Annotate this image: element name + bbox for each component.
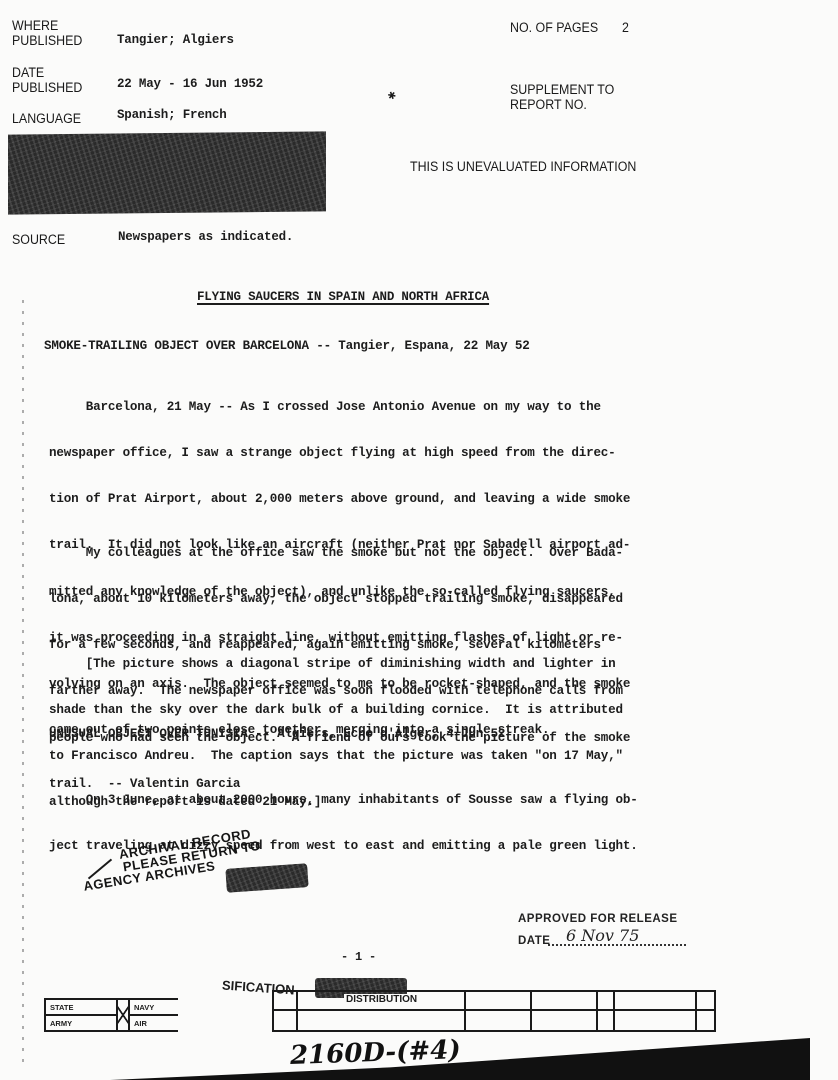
source-label: SOURCE [12, 232, 65, 247]
text-line: On 3 June, at about 2000 hours, many inh… [49, 793, 638, 808]
text-line: lona, about 10 kilometers away, the obje… [49, 592, 630, 607]
text-line: newspaper office, I saw a strange object… [49, 446, 630, 461]
label-line: REPORT NO. [510, 97, 614, 112]
stamp-redaction [225, 863, 308, 893]
language-label: LANGUAGE [12, 111, 81, 126]
routing-cell-state: STATE [45, 999, 117, 1015]
where-published-value: Tangier; Algiers [117, 33, 234, 47]
where-published-label: WHERE PUBLISHED [12, 18, 82, 48]
supplement-label: SUPPLEMENT TO REPORT NO. [510, 82, 614, 112]
text-line: shade than the sky over the dark bulk of… [49, 703, 623, 718]
language-value: Spanish; French [117, 108, 227, 122]
date-published-value: 22 May - 16 Jun 1952 [117, 77, 263, 91]
label-line: SUPPLEMENT TO [510, 82, 614, 97]
text-line: My colleagues at the office saw the smok… [49, 546, 630, 561]
no-of-pages-label: NO. OF PAGES [510, 20, 598, 35]
text-line: tion of Prat Airport, about 2,000 meters… [49, 492, 630, 507]
label-line: PUBLISHED [12, 33, 82, 48]
label-line: PUBLISHED [12, 80, 82, 95]
routing-cell-navy: NAVY [129, 999, 178, 1015]
redaction-block [8, 131, 326, 214]
section-heading-barcelona: SMOKE-TRAILING OBJECT OVER BARCELONA -- … [44, 339, 530, 353]
label-line: WHERE [12, 18, 82, 33]
distribution-grid: DISTRIBUTION [272, 990, 716, 1032]
routing-cell-army: ARMY [45, 1015, 117, 1031]
text-line: Barcelona, 21 May -- As I crossed Jose A… [49, 400, 630, 415]
distribution-label: DISTRIBUTION [344, 994, 419, 1005]
approved-for-release-stamp: APPROVED FOR RELEASE [518, 913, 678, 925]
release-date-label: DATE [518, 935, 550, 947]
routing-table: STATE NAVY ARMY AIR [44, 998, 178, 1032]
ink-mark: ✱ [386, 87, 398, 104]
document-title: FLYING SAUCERS IN SPAIN AND NORTH AFRICA [197, 290, 489, 304]
unevaluated-notice: THIS IS UNEVALUATED INFORMATION [410, 159, 636, 174]
text-line: [The picture shows a diagonal stripe of … [49, 657, 623, 672]
section-heading-tunisia: UNUSUAL OBJECT OVER TUNISIA -- Algiers, … [49, 727, 505, 741]
date-published-label: DATE PUBLISHED [12, 65, 82, 95]
routing-cell-air: AIR [129, 1015, 178, 1031]
source-value: Newspapers as indicated. [118, 230, 293, 244]
no-of-pages-value: 2 [622, 20, 629, 35]
label-line: DATE [12, 65, 82, 80]
release-date-handwritten: 6 Nov 75 [566, 926, 639, 945]
punch-margin [22, 300, 24, 1070]
routing-x-box [117, 999, 129, 1031]
page-number: - 1 - [341, 950, 376, 964]
